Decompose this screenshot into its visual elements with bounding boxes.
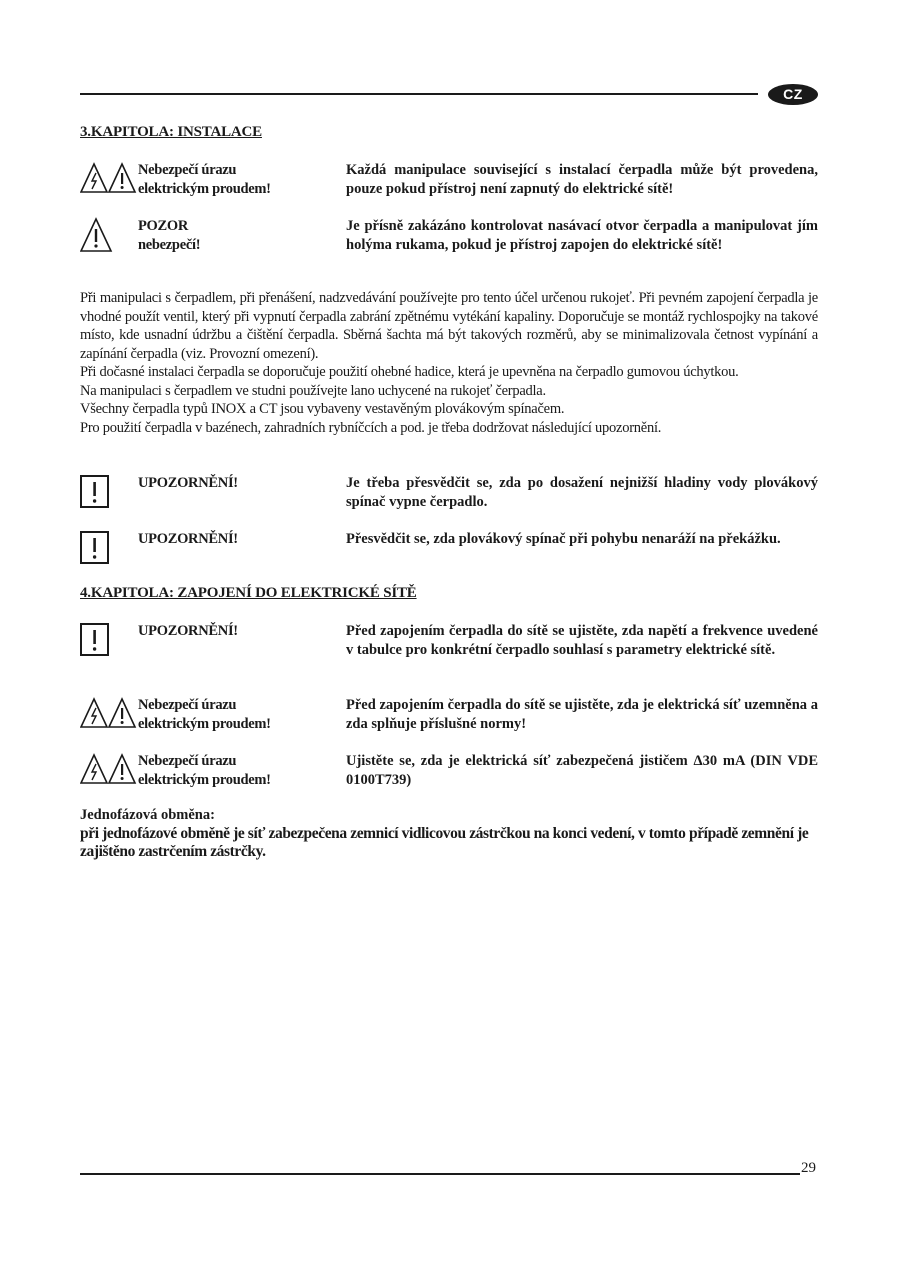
exclamation-triangle-icon <box>81 219 111 251</box>
warning-text: Ujistěte se, zda je elektrická síť zabez… <box>346 752 818 789</box>
notice-text: Před zapojením čerpadla do sítě se ujist… <box>346 622 818 659</box>
language-badge: CZ <box>768 84 818 105</box>
paragraph: Všechny čerpadla typů INOX a CT jsou vyb… <box>80 400 818 419</box>
warning-label: POZOR nebezpečí! <box>138 217 338 254</box>
header-rule <box>80 93 758 95</box>
section-3-heading: 3.KAPITOLA: INSTALACE <box>80 124 262 141</box>
notice-icon-wrap <box>80 530 138 566</box>
exclamation-box-icon <box>81 532 108 563</box>
notice-text: Přesvědčit se, zda plovákový spínač při … <box>346 530 818 549</box>
single-phase-title: Jednofázová obměna: <box>80 806 818 825</box>
installation-paragraphs: Při manipulaci s čerpadlem, při přenášen… <box>80 289 818 437</box>
electric-shock-triangle-icon <box>81 699 107 727</box>
notice-icon-wrap <box>80 474 138 510</box>
notice-label: UPOZORNĚNÍ! <box>138 530 338 549</box>
paragraph: Při dočasné instalaci čerpadla se doporu… <box>80 363 818 382</box>
warning-text: Každá manipulace související s instalací… <box>346 161 818 198</box>
warning-icons <box>80 161 138 197</box>
footer-rule <box>80 1173 800 1175</box>
single-phase-note: Jednofázová obměna: při jednofázové obmě… <box>80 806 818 862</box>
warning-label: Nebezpečí úrazu elektrickým proudem! <box>138 752 338 789</box>
paragraph: Pro použití čerpadla v bazénech, zahradn… <box>80 419 818 438</box>
electric-shock-triangle-icon <box>81 164 107 192</box>
warning-text: Před zapojením čerpadla do sítě se ujist… <box>346 696 818 733</box>
paragraph: Při manipulaci s čerpadlem, při přenášen… <box>80 289 818 363</box>
warning-text: Je přísně zakázáno kontrolovat nasávací … <box>346 217 818 254</box>
warning-icons <box>80 217 138 253</box>
manual-page: CZ 3.KAPITOLA: INSTALACE Nebezpečí úrazu… <box>0 0 898 1269</box>
notice-icon-wrap <box>80 622 138 658</box>
notice-label: UPOZORNĚNÍ! <box>138 622 338 641</box>
warning-icons <box>80 752 138 788</box>
notice-label: UPOZORNĚNÍ! <box>138 474 338 493</box>
single-phase-text: při jednofázové obměně je síť zabezpečen… <box>80 825 818 862</box>
electric-shock-triangle-icon <box>81 755 107 783</box>
warning-label: Nebezpečí úrazu elektrickým proudem! <box>138 696 338 733</box>
warning-label: Nebezpečí úrazu elektrickým proudem! <box>138 161 338 198</box>
exclamation-triangle-icon <box>109 755 135 783</box>
page-number: 29 <box>801 1160 816 1177</box>
exclamation-triangle-icon <box>109 164 135 192</box>
paragraph: Na manipulaci s čerpadlem ve studni použ… <box>80 382 818 401</box>
exclamation-box-icon <box>81 476 108 507</box>
section-4-heading: 4.KAPITOLA: ZAPOJENÍ DO ELEKTRICKÉ SÍTĚ <box>80 585 417 602</box>
notice-text: Je třeba přesvědčit se, zda po dosažení … <box>346 474 818 511</box>
exclamation-triangle-icon <box>109 699 135 727</box>
exclamation-box-icon <box>81 624 108 655</box>
warning-icons <box>80 696 138 732</box>
